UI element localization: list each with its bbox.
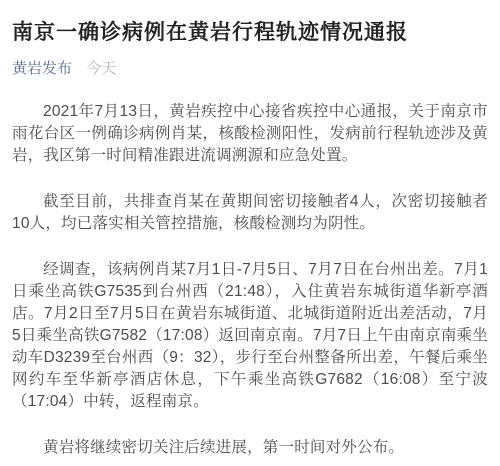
paragraph-contacts: 截至目前，共排查肖某在黄期间密切接触者4人，次密切接触者10人，均已落实相关管控… bbox=[12, 191, 488, 235]
article-title: 南京一确诊病例在黄岩行程轨迹情况通报 bbox=[12, 18, 488, 48]
byline: 黄岩发布 今天 bbox=[12, 58, 488, 79]
paragraph-notification: 2021年7月13日，黄岩疾控中心接省疾控中心通报，关于南京市雨花台区一例确诊病… bbox=[12, 101, 488, 167]
article-page: 南京一确诊病例在黄岩行程轨迹情况通报 黄岩发布 今天 2021年7月13日，黄岩… bbox=[0, 0, 500, 466]
paragraph-trajectory: 经调查，该病例肖某7月1日-7月5日、7月7日在台州出差。7月1日乘坐高铁G75… bbox=[12, 259, 488, 413]
publish-date: 今天 bbox=[86, 60, 116, 77]
account-name-link[interactable]: 黄岩发布 bbox=[12, 60, 72, 77]
paragraph-followup: 黄岩将继续密切关注后续进展，第一时间对外公布。 bbox=[12, 437, 488, 459]
